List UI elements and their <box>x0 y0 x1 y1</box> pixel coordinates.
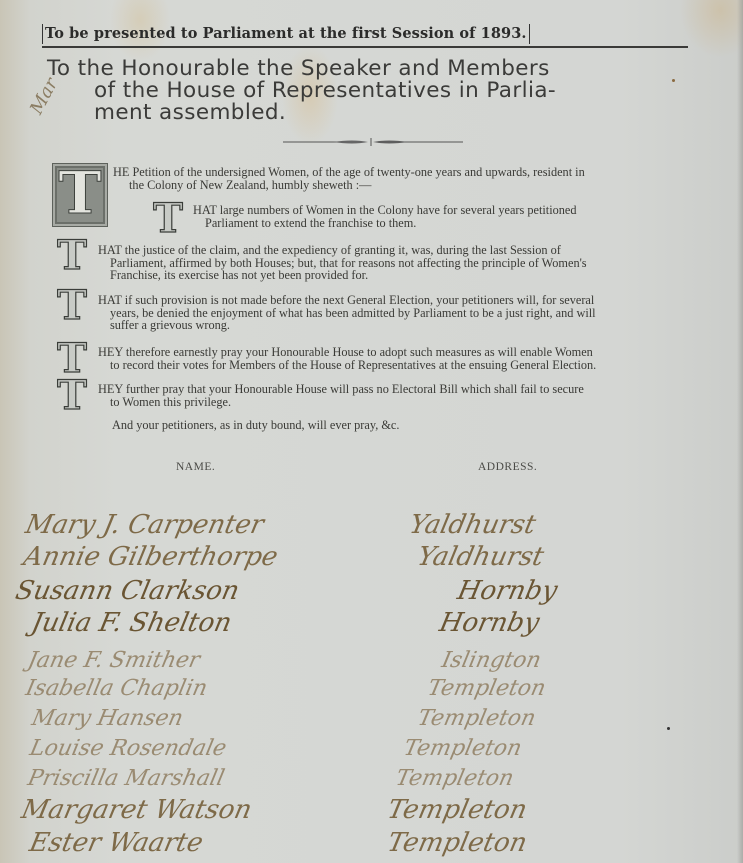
signature-address: Hornby <box>437 610 541 636</box>
signature-name: Mary J. Carpenter <box>23 512 266 538</box>
signature-address: Hornby <box>455 578 559 604</box>
signature-address: Templeton <box>385 830 529 856</box>
signature-name: Margaret Watson <box>19 797 254 823</box>
paragraph-5: HEY further pray that your Honourable Ho… <box>98 383 584 408</box>
address-heading: To the Honourable the Speaker and Member… <box>47 58 687 124</box>
signature-name: Priscilla Marshall <box>25 766 227 792</box>
signature-name: Susann Clarkson <box>13 578 241 604</box>
banner-text: To be presented to Parliament at the fir… <box>42 24 530 44</box>
signature-name: Isabella Chaplin <box>23 676 209 702</box>
closing-line: And your petitioners, as in duty bound, … <box>112 419 399 432</box>
ornamental-rule-icon <box>283 138 463 146</box>
signature-address: Templeton <box>415 706 538 732</box>
signature-name: Louise Rosendale <box>27 736 228 762</box>
ink-speck <box>667 727 670 730</box>
paragraph-1: HAT large numbers of Women in the Colony… <box>193 204 577 229</box>
drop-cap-t-icon: T <box>50 287 94 325</box>
signature-address: Templeton <box>425 676 548 702</box>
address-line-2: of the House of Representatives in Parli… <box>94 80 687 102</box>
address-column-header: ADDRESS. <box>478 461 537 473</box>
signature-address: Yaldhurst <box>415 544 546 570</box>
drop-cap-t-icon: T <box>50 377 94 415</box>
paragraph-3: HAT if such provision is not made before… <box>98 294 596 332</box>
address-line-1: To the Honourable the Speaker and Member… <box>47 58 687 80</box>
ink-speck <box>672 79 675 82</box>
signature-address: Yaldhurst <box>407 512 538 538</box>
signature-address: Templeton <box>385 797 529 823</box>
signature-name: Mary Hansen <box>29 706 185 732</box>
drop-cap-t-icon: T <box>146 200 190 238</box>
drop-cap-t-icon: T <box>50 237 94 275</box>
signature-address: Templeton <box>401 736 524 762</box>
ornamented-drop-cap-icon: T <box>52 163 108 227</box>
signature-name: Annie Gilberthorpe <box>21 544 280 570</box>
signature-name: Ester Waarte <box>27 830 205 856</box>
signature-name: Julia F. Shelton <box>29 610 234 636</box>
name-column-header: NAME. <box>176 461 215 473</box>
paragraph-2: HAT the justice of the claim, and the ex… <box>98 244 587 282</box>
paragraph-4: HEY therefore earnestly pray your Honour… <box>98 346 596 371</box>
signature-address: Templeton <box>393 766 516 792</box>
presentation-banner: To be presented to Parliament at the fir… <box>42 24 688 48</box>
signature-address: Islington <box>439 648 543 674</box>
address-line-3: ment assembled. <box>94 102 687 124</box>
paper-edge <box>737 0 743 863</box>
preamble: HE Petition of the undersigned Women, of… <box>113 166 585 191</box>
signature-name: Jane F. Smither <box>25 648 202 674</box>
